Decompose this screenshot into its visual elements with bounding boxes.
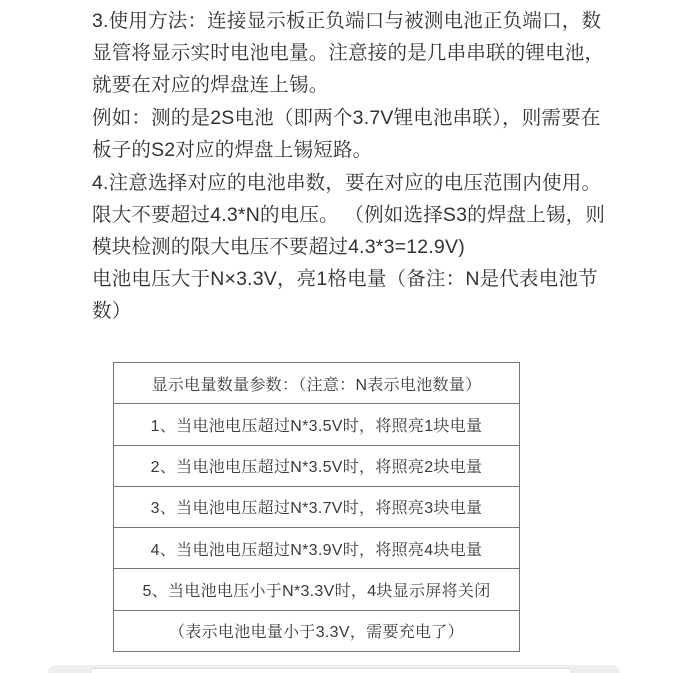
body-line: 3.使用方法：连接显示板正负端口与被测电池正负端口，数 [92, 8, 652, 40]
next-card-preview [48, 665, 620, 673]
body-line: 模块检测的限大电压不要超过4.3*3=12.9V) [92, 234, 652, 266]
body-line: 限大不要超过4.3*N的电压。 （例如选择S3的焊盘上锡，则 [92, 202, 652, 234]
document-page: { "page": { "background": "#ffffff", "te… [0, 0, 673, 673]
paragraph-example: 例如：测的是2S电池（即两个3.7V锂电池串联），则需要在 板子的S2对应的焊盘… [92, 105, 652, 169]
paragraph-note: 电池电压大于N×3.3V，亮1格电量（备注：N是代表电池节 数） [92, 266, 652, 330]
body-line: 4.注意选择对应的电池串数，要在对应的电压范围内使用。 [92, 170, 652, 202]
table-row: 3、当电池电压超过N*3.7V时，将照亮3块电量 [114, 486, 519, 527]
body-line: 板子的S2对应的焊盘上锡短路。 [92, 137, 652, 169]
table-row: （表示电池电量小于3.3V，需要充电了） [114, 610, 519, 651]
battery-level-spec-table: 显示电量数量参数：（注意：N表示电池数量） 1、当电池电压超过N*3.5V时，将… [113, 362, 520, 652]
body-line: 显管将显示实时电池电量。注意接的是几串串联的锂电池， [92, 40, 652, 72]
paragraph-usage: 3.使用方法：连接显示板正负端口与被测电池正负端口，数 显管将显示实时电池电量。… [92, 8, 652, 104]
table-row: 5、当电池电压小于N*3.3V时，4块显示屏将关闭 [114, 568, 519, 609]
body-line: 例如：测的是2S电池（即两个3.7V锂电池串联），则需要在 [92, 105, 652, 137]
next-card-inner-edge [90, 668, 572, 673]
table-row: 4、当电池电压超过N*3.9V时，将照亮4块电量 [114, 527, 519, 568]
instruction-text-block: 3.使用方法：连接显示板正负端口与被测电池正负端口，数 显管将显示实时电池电量。… [92, 8, 652, 652]
body-line: 就要在对应的焊盘连上锡。 [92, 72, 652, 104]
table-row: 2、当电池电压超过N*3.5V时，将照亮2块电量 [114, 445, 519, 486]
table-header-row: 显示电量数量参数：（注意：N表示电池数量） [114, 363, 519, 403]
paragraph-voltage-warning: 4.注意选择对应的电池串数，要在对应的电压范围内使用。 限大不要超过4.3*N的… [92, 170, 652, 266]
body-line: 电池电压大于N×3.3V，亮1格电量（备注：N是代表电池节 [92, 266, 652, 298]
body-line: 数） [92, 298, 652, 330]
table-row: 1、当电池电压超过N*3.5V时，将照亮1块电量 [114, 403, 519, 444]
